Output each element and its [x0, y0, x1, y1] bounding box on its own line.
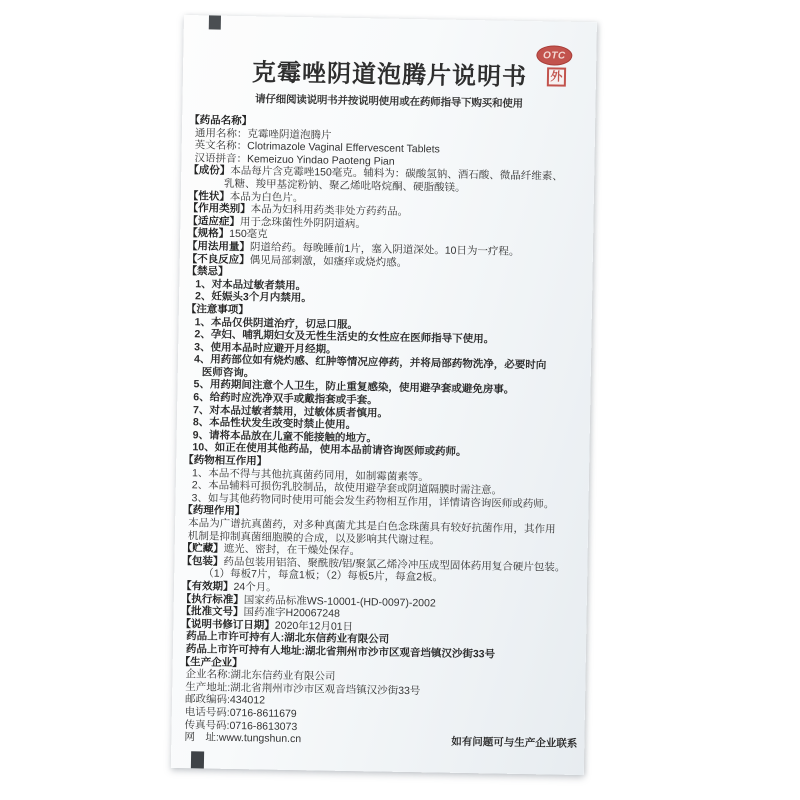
section-label: 【用法用量】: [187, 240, 250, 253]
section-label: 【批准文号】: [180, 605, 243, 618]
section-label: 【作用类别】: [188, 202, 251, 215]
section-label: 【成份】: [188, 164, 230, 177]
section-label: 【有效期】: [181, 580, 234, 593]
otc-badge: OTC: [536, 45, 572, 66]
line-text: 偶见局部刺激，如瘙痒或烧灼感。: [250, 254, 408, 269]
line-text: 医师咨询。: [202, 366, 255, 379]
leaflet-sheet: OTC 外 克霉唑阴道泡腾片说明书 请仔细阅读说明书并按说明使用或在药师指导下购…: [171, 15, 597, 775]
top-registration-mark: [209, 15, 221, 29]
leaflet-title: 克霉唑阴道泡腾片说明书: [183, 58, 596, 93]
line-text: 150毫克: [229, 228, 268, 241]
line-text: 24个月。: [233, 581, 276, 594]
section-label: 【包装】: [181, 555, 223, 568]
otc-badge-label: OTC: [543, 50, 566, 61]
website-text: 网 址:www.tungshun.cn: [184, 731, 301, 746]
section-label: 【生产企业】: [180, 656, 243, 669]
line-text: 邮政编码:434012: [185, 693, 265, 706]
section-label: 【性状】: [188, 190, 230, 203]
line-text: 国药准字H20067248: [243, 606, 340, 620]
section-label: 【注意事项】: [186, 303, 249, 316]
section-label: 【适应症】: [187, 215, 240, 228]
line-text: 电话号码:0716-8611679: [185, 706, 297, 720]
section-label: 【药物相互作用】: [183, 454, 267, 467]
section-label: 【贮藏】: [182, 542, 224, 555]
contact-note: 如有问题可与生产企业联系: [451, 736, 577, 751]
section-label: 【禁忌】: [186, 265, 228, 278]
section-label: 【执行标准】: [181, 593, 244, 606]
bottom-registration-mark: [191, 751, 204, 768]
leaflet-subtitle: 请仔细阅读说明书并按说明使用或在药师指导下购买和使用: [182, 90, 595, 112]
line-text: 2020年12月01日: [275, 619, 353, 632]
line-text: 本品为白色片。: [230, 190, 304, 203]
section-label: 【药理作用】: [182, 504, 245, 517]
section-label: 【不良反应】: [187, 253, 250, 266]
section-label: 【规格】: [187, 227, 229, 240]
leaflet-body: 【药品名称】通用名称：克霉唑阴道泡腾片英文名称：Clotrimazole Vag…: [178, 114, 588, 751]
section-label: 【药品名称】: [189, 114, 252, 127]
